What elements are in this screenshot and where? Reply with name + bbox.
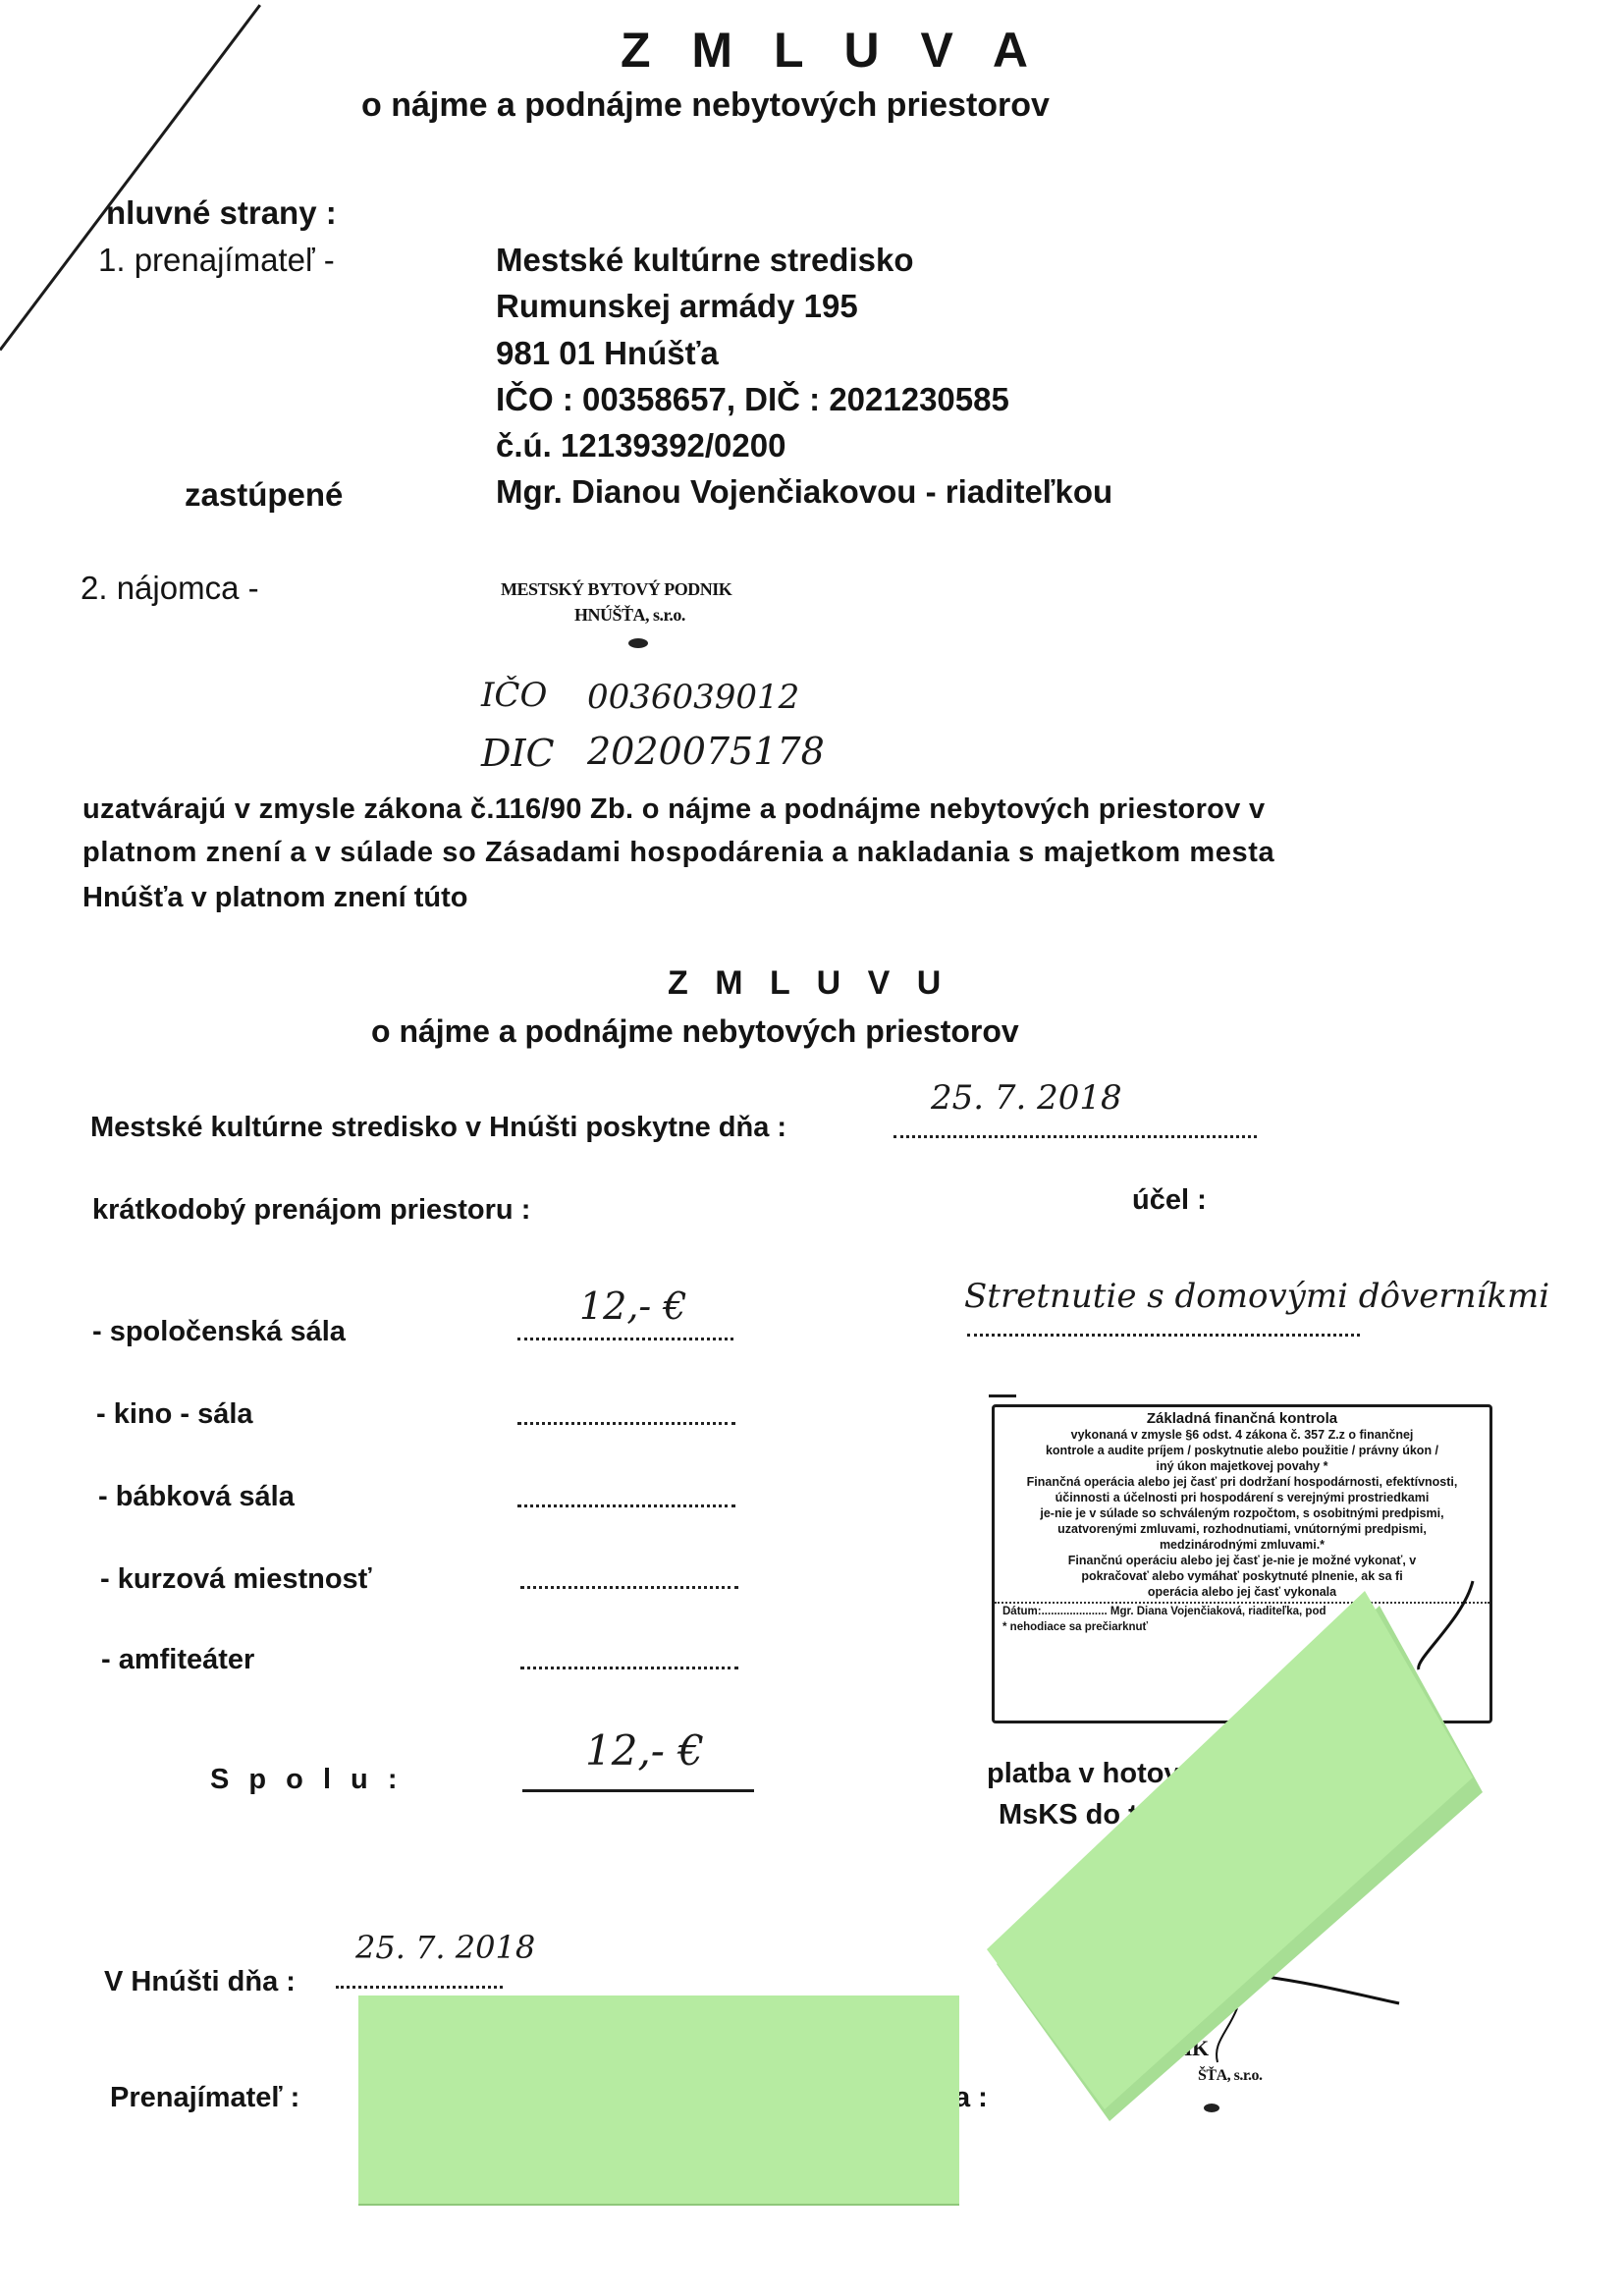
fc-line: iný úkon majetkovej povahy * [995, 1458, 1489, 1474]
short-term-label: krátkodobý prenájom priestoru : [92, 1194, 530, 1227]
landlord-account: č.ú. 12139392/0200 [496, 427, 785, 465]
purpose-field[interactable] [967, 1334, 1360, 1337]
landlord-street: Rumunskej armády 195 [496, 288, 858, 325]
room-price-field[interactable] [517, 1504, 735, 1507]
fc-line: účinnosti a účelnosti pri hospodárení s … [995, 1490, 1489, 1505]
provides-label: Mestské kultúrne stredisko v Hnúšti posk… [90, 1112, 786, 1144]
place-date-value: 25. 7. 2018 [355, 1929, 535, 1966]
represented-by: Mgr. Dianou Vojenčiakovou - riaditeľkou [496, 473, 1112, 511]
tenant-label: 2. nájomca - [81, 570, 259, 607]
room-label: - spoločenská sála [92, 1316, 346, 1348]
tenant-ico-value: 0036039012 [587, 678, 799, 717]
preamble-line-1: uzatvárajú v zmysle zákona č.116/90 Zb. … [82, 793, 1265, 826]
tenant-stamp-line1: MESTSKÝ BYTOVÝ PODNIK [501, 579, 731, 600]
tenant-ico-label: IČO [481, 676, 547, 715]
total-value: 12,- € [585, 1726, 704, 1775]
stamp-emblem-icon [628, 638, 648, 648]
redaction-sticky-note [358, 1995, 959, 2204]
room-price-field[interactable] [517, 1338, 733, 1340]
room-label: - bábková sála [98, 1481, 295, 1513]
landlord-label: 1. prenajímateľ - [98, 242, 335, 279]
financial-control-heading: Základná finančná kontrola [995, 1411, 1489, 1427]
diagonal-strike-line [0, 4, 261, 351]
stamp-top-mark [989, 1394, 1016, 1397]
fc-line: kontrole a audite príjem / poskytnutie a… [995, 1443, 1489, 1458]
place-date-label: V Hnúšti dňa : [104, 1966, 296, 1998]
total-label: S p o l u : [210, 1764, 404, 1796]
room-label: - amfiteáter [101, 1644, 254, 1676]
preamble-line-3: Hnúšťa v platnom znení túto [82, 882, 468, 914]
parties-heading: nluvné strany : [106, 194, 337, 232]
contract-subtitle-2: o nájme a podnájme nebytových priestorov [371, 1013, 1019, 1050]
tenant-dic-label: DIC [481, 732, 555, 775]
total-underline [522, 1789, 754, 1792]
landlord-name: Mestské kultúrne stredisko [496, 242, 914, 279]
room-label: - kurzová miestnosť [100, 1563, 372, 1596]
fc-line: uzatvorenými zmluvami, rozhodnutiami, vn… [995, 1521, 1489, 1537]
fc-line: vykonaná v zmysle §6 odst. 4 zákona č. 3… [995, 1427, 1489, 1443]
room-label: - kino - sála [96, 1398, 253, 1431]
represented-label: zastúpené [185, 476, 343, 514]
place-date-field[interactable] [336, 1986, 503, 1989]
fc-line: Finančná operácia alebo jej časť pri dod… [995, 1474, 1489, 1490]
tenant-dic-value: 2020075178 [587, 730, 825, 773]
purpose-label: účel : [1132, 1184, 1207, 1217]
tenant-stamp-line2: HNÚŠŤA, s.r.o. [574, 605, 685, 626]
document-subtitle: o nájme a podnájme nebytových priestorov [361, 86, 1050, 125]
provides-date-value: 25. 7. 2018 [931, 1078, 1122, 1118]
room-price-field[interactable] [520, 1667, 738, 1669]
purpose-value: Stretnutie s domovými dôverníkmi [964, 1277, 1549, 1316]
document-title: Z M L U V A [621, 22, 1042, 79]
room-price-field[interactable] [517, 1422, 735, 1425]
room-price-value: 12,- € [579, 1285, 687, 1328]
fc-line: Finančnú operáciu alebo jej časť je-nie … [995, 1553, 1489, 1568]
landlord-city: 981 01 Hnúšťa [496, 335, 719, 372]
landlord-sign-label: Prenajímateľ : [110, 2082, 299, 2114]
landlord-ids: IČO : 00358657, DIČ : 2021230585 [496, 381, 1009, 418]
contract-title-2: Z M L U V U [668, 964, 949, 1003]
room-price-field[interactable] [520, 1586, 738, 1589]
redaction-sticky-note-rotated [982, 1571, 1624, 2121]
provides-date-field[interactable] [893, 1135, 1257, 1138]
fc-line: je-nie je v súlade so schváleným rozpočt… [995, 1505, 1489, 1521]
preamble-line-2: platnom znení a v súlade so Zásadami hos… [82, 837, 1274, 869]
fc-line: medzinárodnými zmluvami.* [995, 1537, 1489, 1553]
